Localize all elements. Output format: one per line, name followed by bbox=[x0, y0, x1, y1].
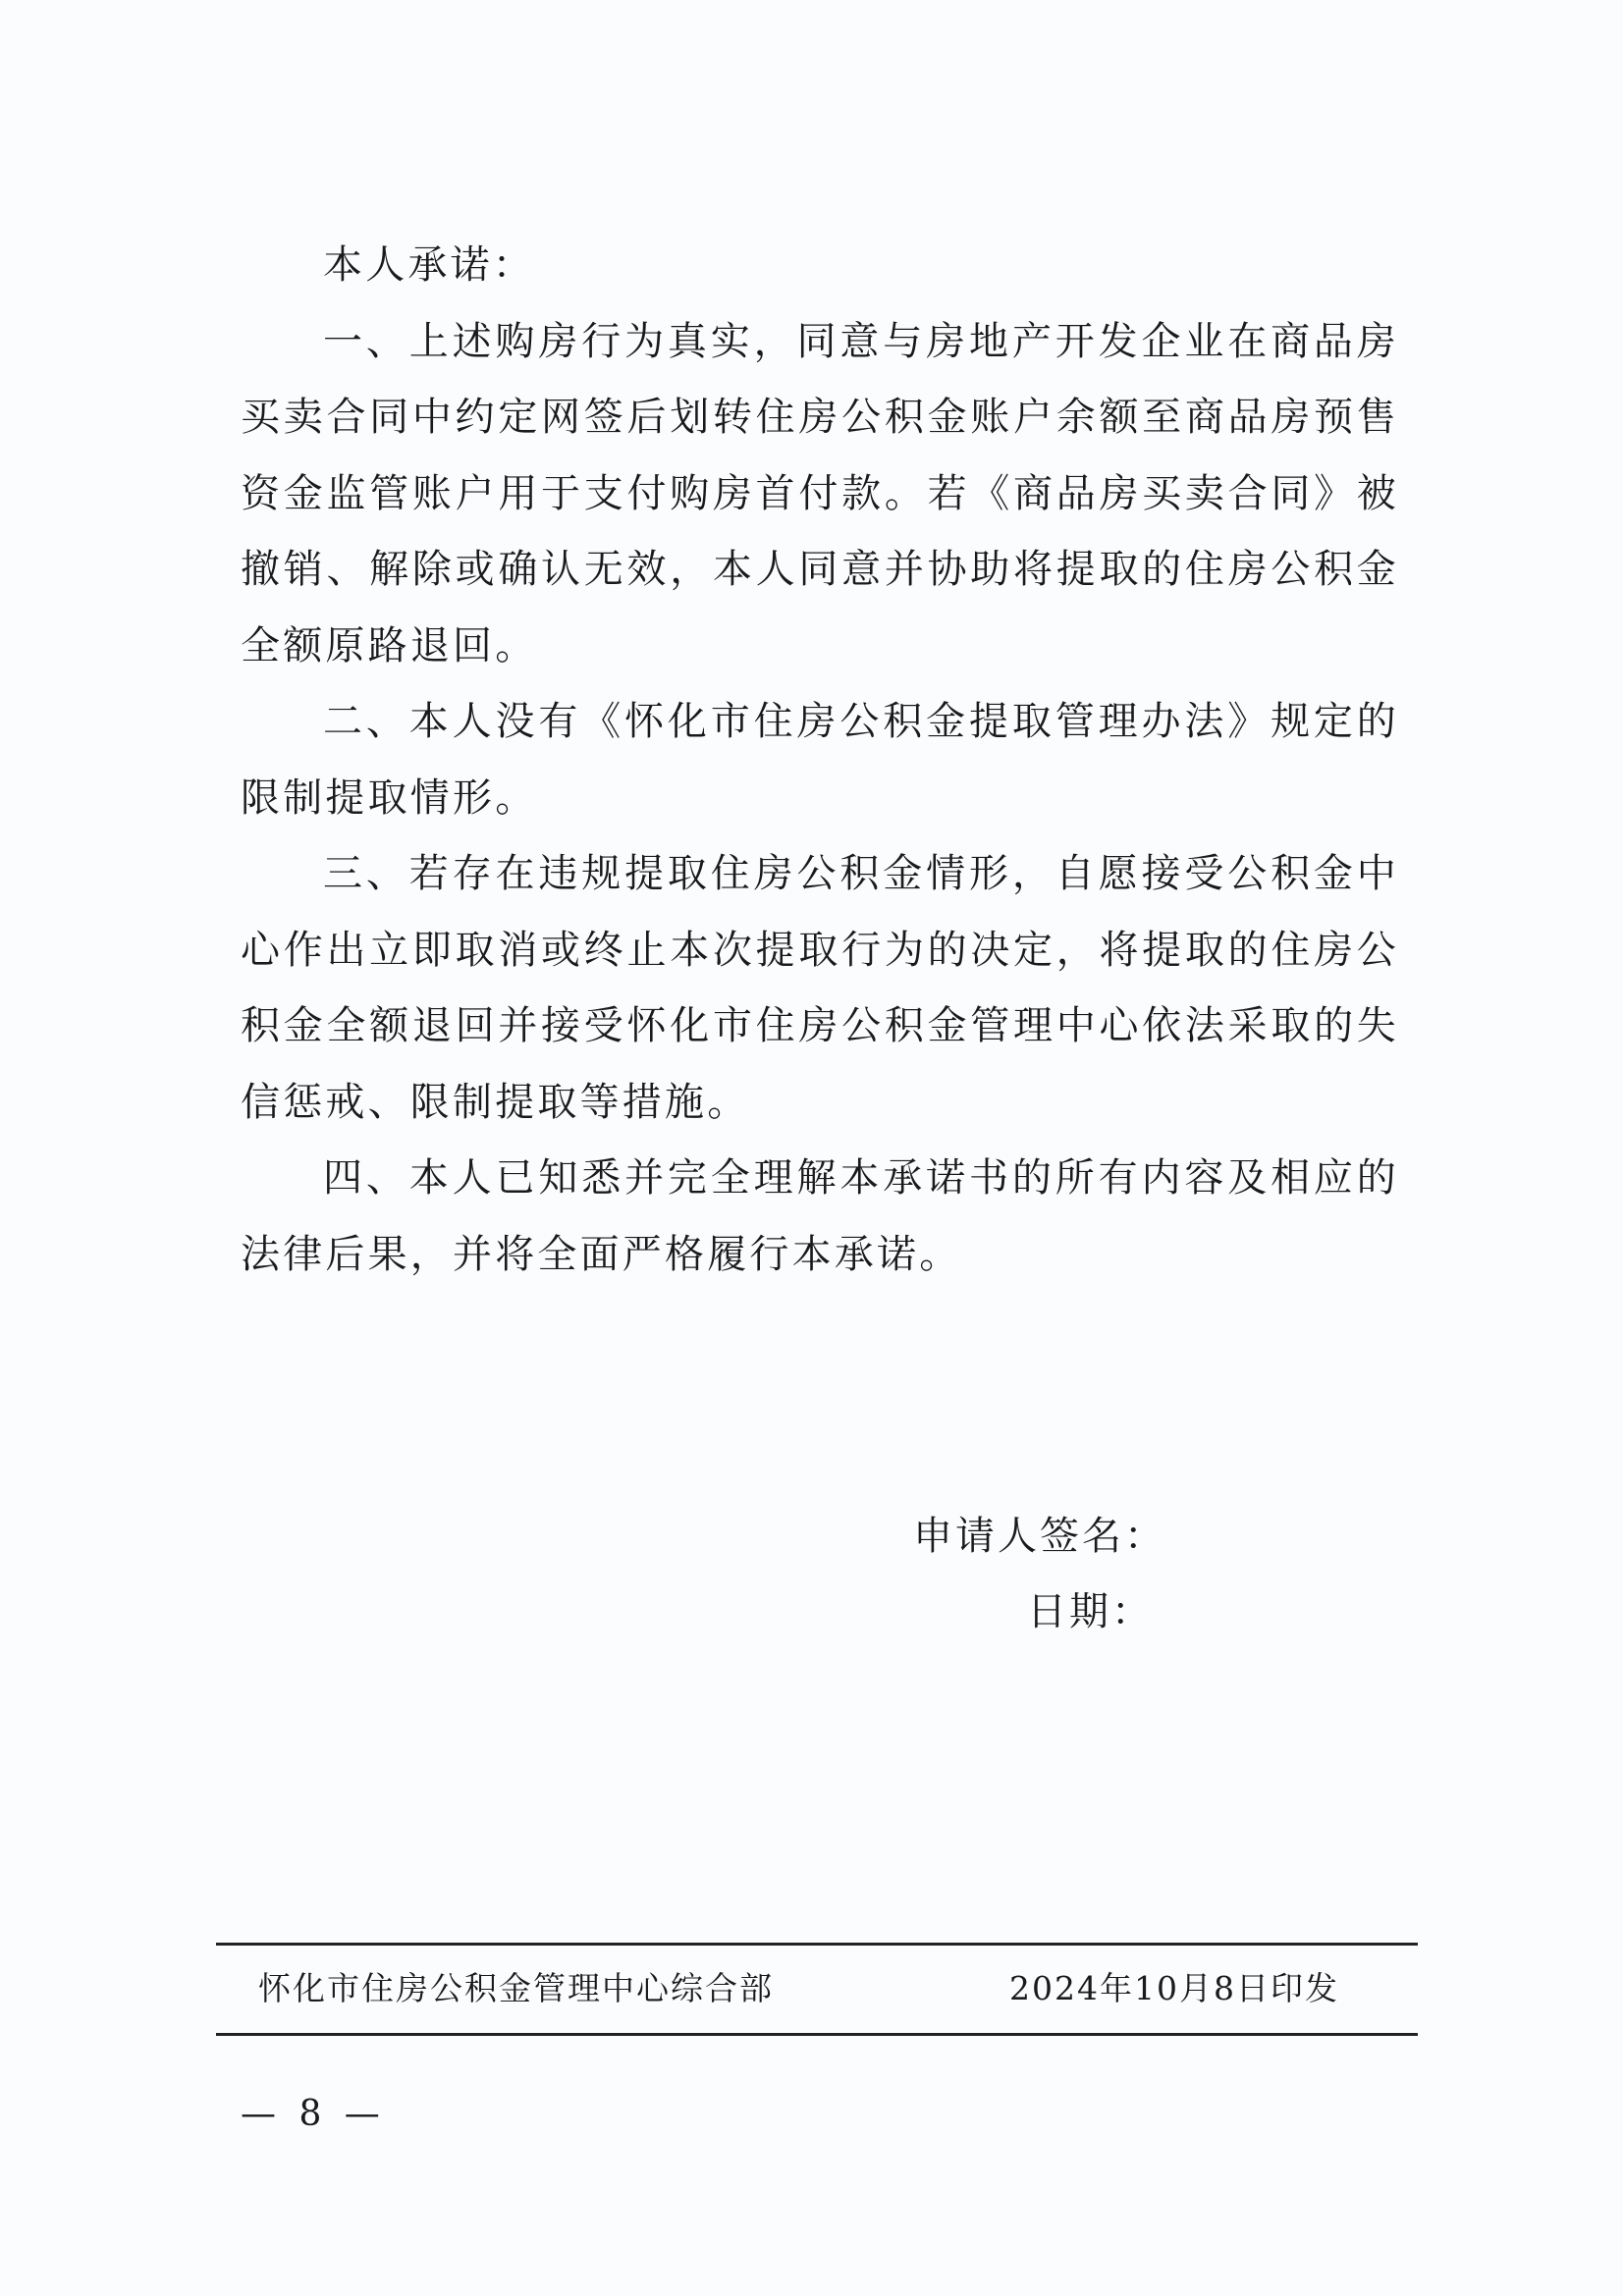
footer-bottom-rule bbox=[216, 2033, 1418, 2036]
commitment-clause-2: 二、本人没有《怀化市住房公积金提取管理办法》规定的限制提取情形。 bbox=[241, 684, 1399, 836]
footer-top-rule bbox=[216, 1943, 1418, 1946]
date-label: 日期： bbox=[913, 1575, 1154, 1650]
commitment-intro: 本人承诺： bbox=[241, 228, 1399, 304]
commitment-clause-1: 一、上述购房行为真实，同意与房地产开发企业在商品房买卖合同中约定网签后划转住房公… bbox=[241, 304, 1399, 685]
issue-date: 2024年10月8日印发 bbox=[1009, 1969, 1339, 2008]
document-page: 本人承诺： 一、上述购房行为真实，同意与房地产开发企业在商品房买卖合同中约定网签… bbox=[0, 0, 1623, 2296]
commitment-body: 本人承诺： 一、上述购房行为真实，同意与房地产开发企业在商品房买卖合同中约定网签… bbox=[241, 228, 1399, 1293]
page-number: — 8 — bbox=[241, 2094, 386, 2134]
signature-block: 申请人签名： 日期： bbox=[913, 1499, 1154, 1650]
commitment-clause-3: 三、若存在违规提取住房公积金情形，自愿接受公积金中心作出立即取消或终止本次提取行… bbox=[241, 836, 1399, 1141]
issuer-name: 怀化市住房公积金管理中心综合部 bbox=[258, 1969, 774, 2008]
commitment-clause-4: 四、本人已知悉并完全理解本承诺书的所有内容及相应的法律后果，并将全面严格履行本承… bbox=[241, 1141, 1399, 1293]
applicant-signature-label: 申请人签名： bbox=[913, 1499, 1154, 1575]
